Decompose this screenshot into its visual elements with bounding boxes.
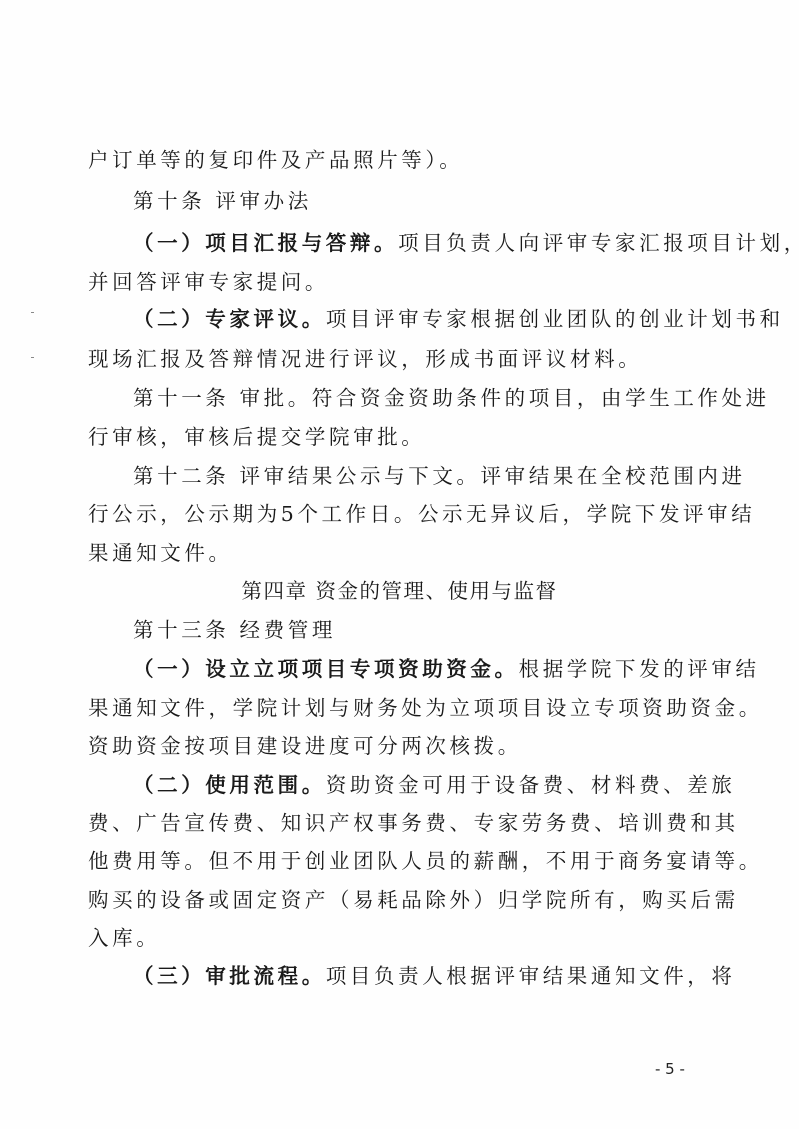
paragraph-line: 果通知文件，学院计划与财务处为立项项目设立专项资助资金。 [88,694,763,722]
paragraph-line: 户订单等的复印件及产品照片等）。 [88,146,463,174]
clause-text: 根据学院下发的评审结 [519,657,760,681]
paragraph-line: （一）设立立项项目专项资助资金。根据学院下发的评审结 [133,655,760,683]
document-page: 户订单等的复印件及产品照片等）。 第十条 评审办法 （一）项目汇报与答辩。项目负… [0,0,799,1129]
paragraph-line: 并回答评审专家提问。 [88,268,329,296]
paragraph-line: 行公示，公示期为5个工作日。公示无异议后，学院下发评审结 [88,500,755,528]
paragraph-line: 资助资金按项目建设进度可分两次核拨。 [88,732,522,760]
paragraph-line: 费、广告宣传费、知识产权事务费、专家劳务费、培训费和其 [88,809,739,837]
article-13-heading: 第十三条 经费管理 [133,616,336,644]
paragraph-line: （二）使用范围。资助资金可用于设备费、材料费、差旅 [133,771,736,799]
paragraph-line: 果通知文件。 [88,539,233,567]
margin-mark [31,312,34,313]
paragraph-line: 行审核，审核后提交学院审批。 [88,423,425,451]
article-10-heading: 第十条 评审办法 [133,187,312,215]
clause-text: 项目负责人根据评审结果通知文件，将 [326,964,736,988]
paragraph-line: 现场汇报及答辩情况进行评议，形成书面评议材料。 [88,345,642,373]
article-12: 第十二条 评审结果公示与下文。评审结果在全校范围内进 [133,462,746,490]
paragraph-line: 入库。 [88,924,160,952]
clause-text: 项目负责人向评审专家汇报项目计划， [398,231,799,255]
clause-text: 项目评审专家根据创业团队的创业计划书和 [326,307,784,331]
paragraph-line: 他费用等。但不用于创业团队人员的薪酬，不用于商务宴请等。 [88,847,763,875]
margin-mark [31,357,34,358]
clause-heading: （二）专家评议。 [133,307,326,331]
clause-heading: （一）设立立项项目专项资助资金。 [133,657,519,681]
clause-heading: （一）项目汇报与答辩。 [133,231,398,255]
page-number: - 5 - [655,1060,685,1078]
article-11: 第十一条 审批。符合资金资助条件的项目，由学生工作处进 [133,384,770,412]
paragraph-line: （二）专家评议。项目评审专家根据创业团队的创业计划书和 [133,305,784,333]
paragraph-line: （一）项目汇报与答辩。项目负责人向评审专家汇报项目计划， [133,229,799,257]
clause-text: 资助资金可用于设备费、材料费、差旅 [326,773,736,797]
paragraph-line: （三）审批流程。项目负责人根据评审结果通知文件，将 [133,962,736,990]
chapter-heading: 第四章 资金的管理、使用与监督 [0,577,799,605]
clause-heading: （二）使用范围。 [133,773,326,797]
clause-heading: （三）审批流程。 [133,964,326,988]
paragraph-line: 购买的设备或固定资产（易耗品除外）归学院所有，购买后需 [88,886,739,914]
